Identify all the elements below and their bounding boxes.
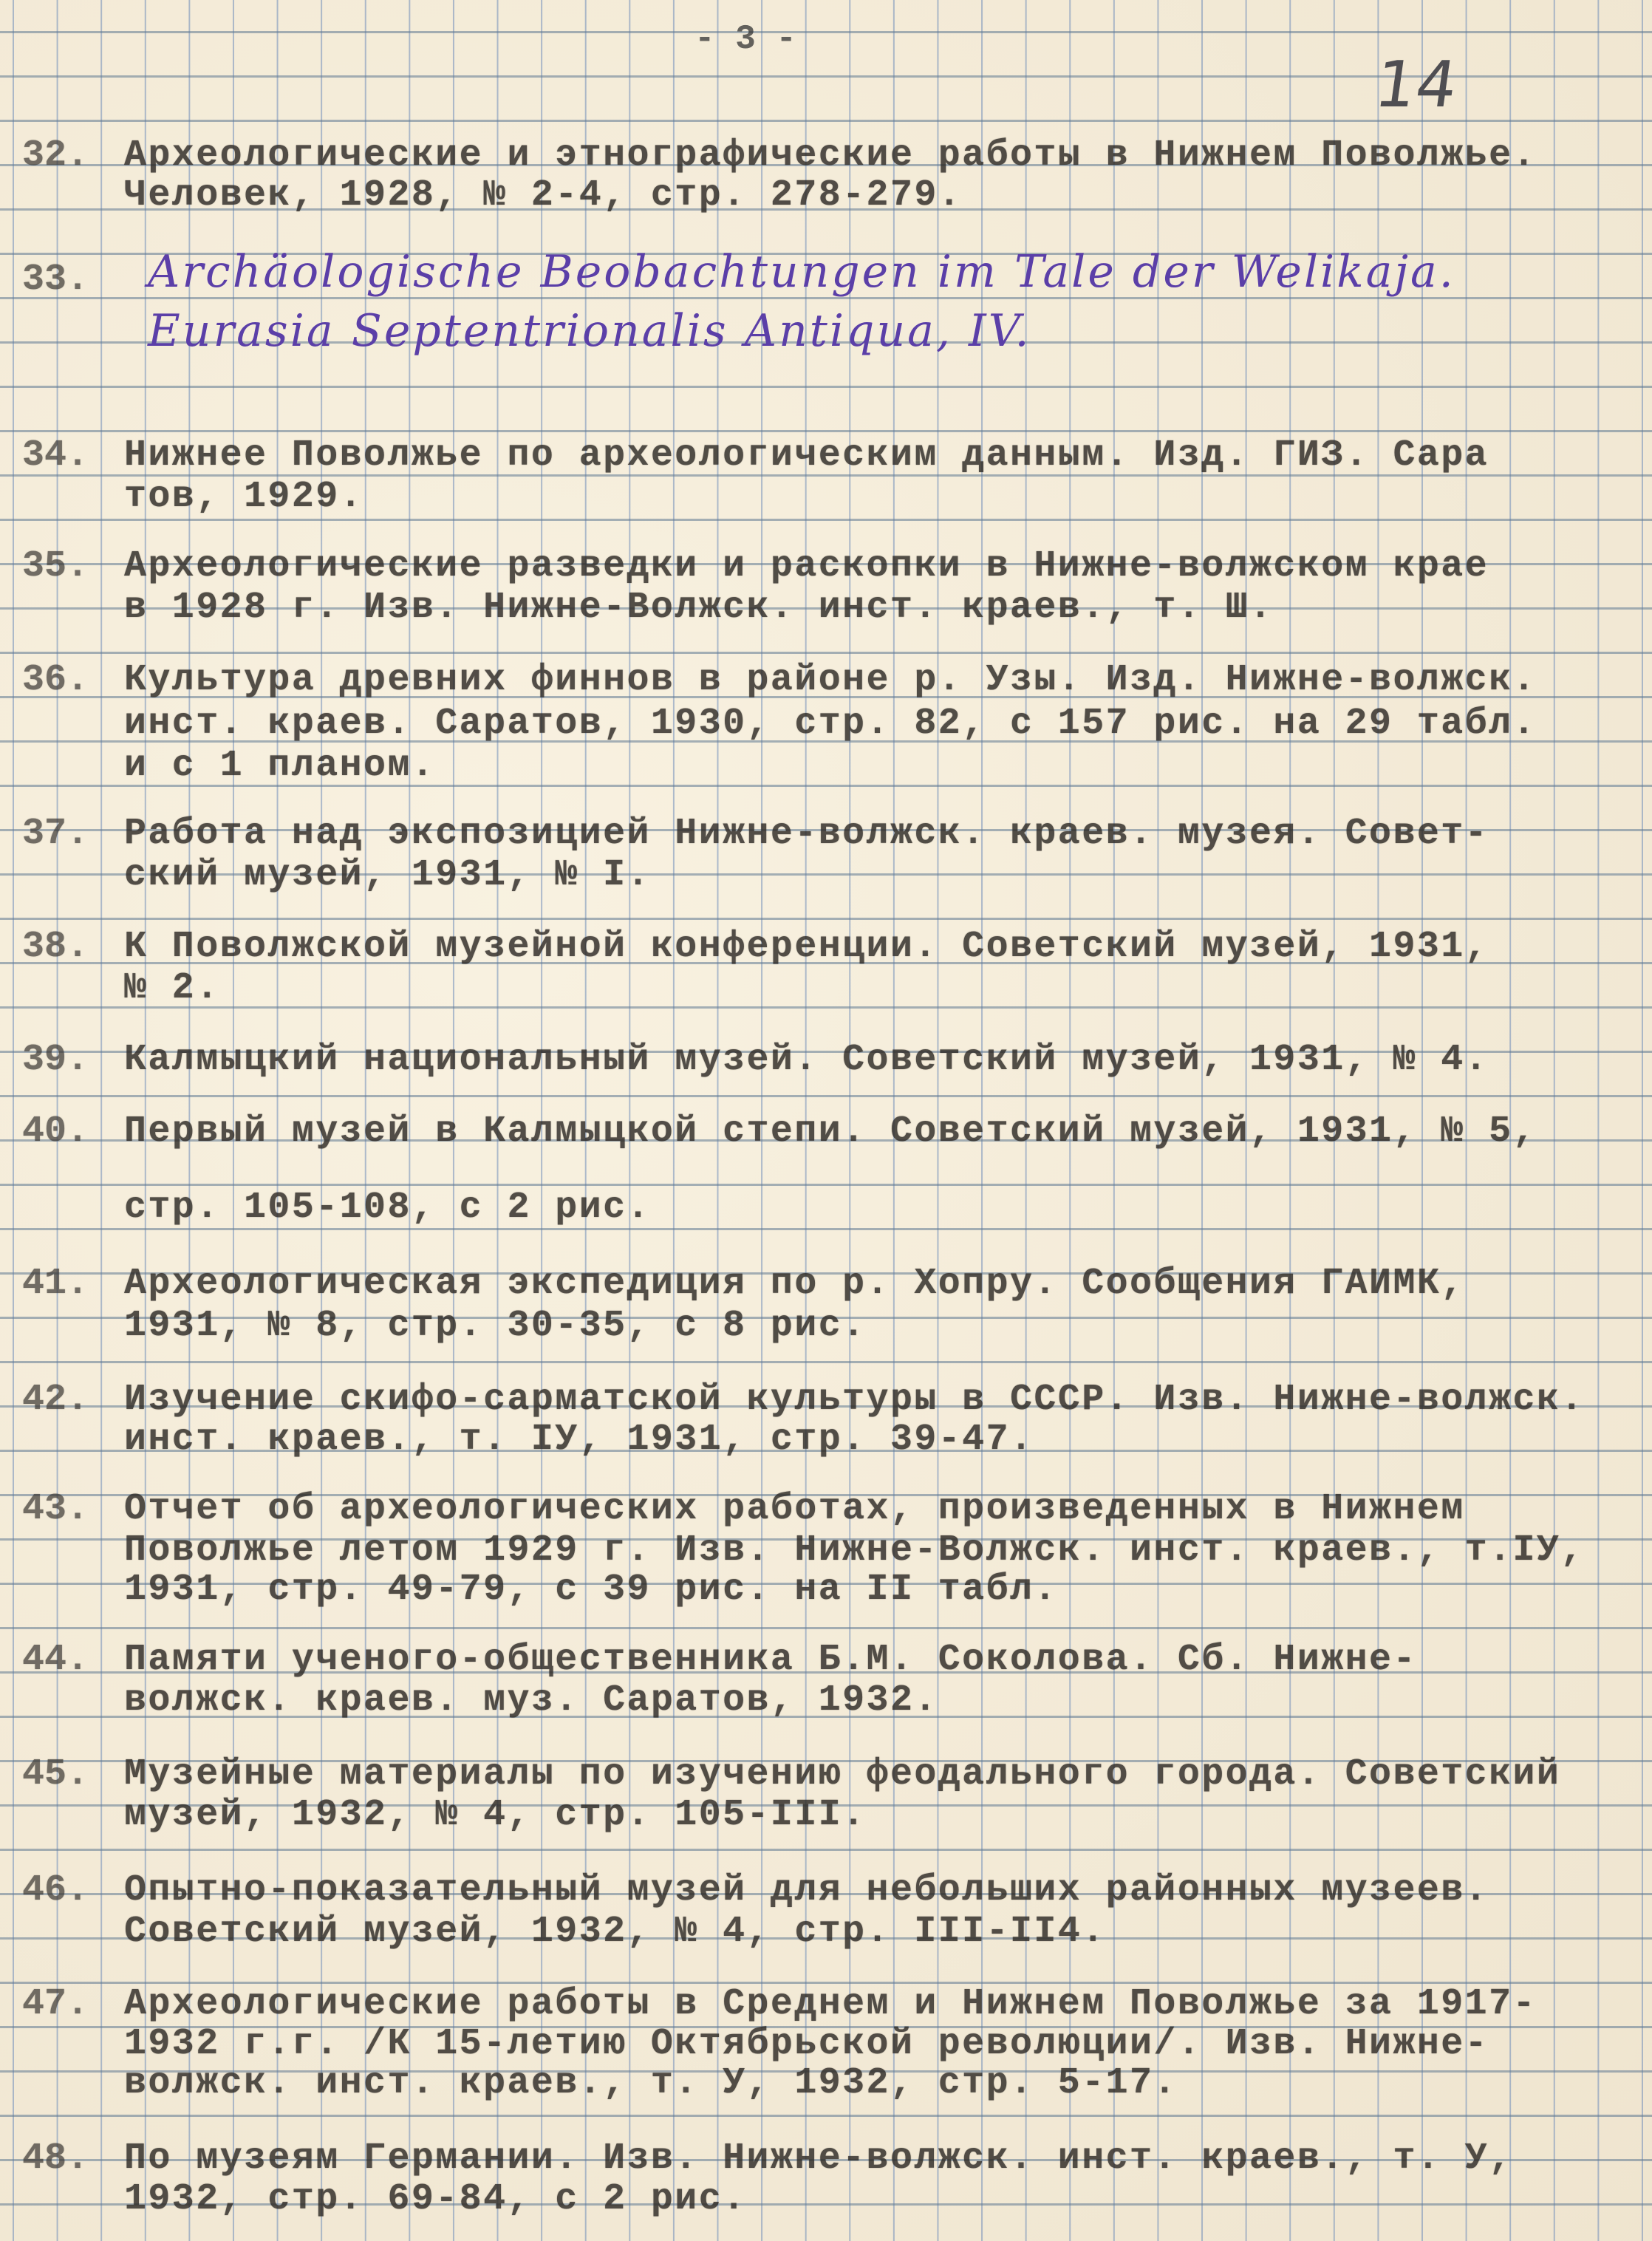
entry-number: 48. — [22, 2141, 89, 2177]
entry-line: волжск. краев. муз. Саратов, 1932. — [124, 1682, 938, 1719]
entry-line: Поволжье летом 1929 г. Изв. Нижне-Волжск… — [124, 1532, 1585, 1569]
entry-line: По музеям Германии. Изв. Нижне-волжск. и… — [124, 2141, 1512, 2177]
typed-page-number: - 3 - — [694, 22, 796, 56]
entry-number: 36. — [22, 662, 89, 699]
entry-number: 46. — [22, 1872, 89, 1909]
entry-line: 1932, стр. 69-84, с 2 рис. — [124, 2181, 747, 2218]
typed-bibliography-page: - 3 - 14 32. Археологические и этнографи… — [0, 0, 1652, 2241]
entry-line: в 1928 г. Изв. Нижне-Волжск. инст. краев… — [124, 590, 1273, 627]
entry-number: 37. — [22, 816, 89, 853]
entry-line: Калмыцкий национальный музей. Советский … — [124, 1042, 1489, 1079]
entry-number: 38. — [22, 929, 89, 966]
handwritten-line: Eurasia Septentrionalis Antiqua, IV. — [148, 309, 1031, 353]
entry-number: 43. — [22, 1491, 89, 1528]
entry-number: 42. — [22, 1382, 89, 1419]
entry-line: Археологические разведки и раскопки в Ни… — [124, 548, 1489, 585]
entry-line: музей, 1932, № 4, стр. 105-III. — [124, 1797, 867, 1834]
entry-line: Изучение скифо-сарматской культуры в ССС… — [124, 1382, 1585, 1419]
entry-number: 34. — [22, 437, 89, 474]
handwritten-folio-number: 14 — [1371, 53, 1461, 117]
entry-line: К Поволжской музейной конференции. Совет… — [124, 929, 1489, 966]
entry-line: 1932 г.г. /К 15-летию Октябрьской револю… — [124, 2026, 1489, 2063]
entry-line: Работа над экспозицией Нижне-волжск. кра… — [124, 816, 1489, 853]
entry-number: 32. — [22, 137, 89, 174]
entry-number: 33. — [22, 262, 89, 299]
entry-line: Памяти ученого-общественника Б.М. Соколо… — [124, 1642, 1417, 1679]
entry-line: тов, 1929. — [124, 479, 363, 516]
entry-number: 40. — [22, 1113, 89, 1150]
entry-number: 47. — [22, 1986, 89, 2023]
entry-line: Культура древних финнов в районе р. Узы.… — [124, 662, 1537, 699]
entry-line: стр. 105-108, с 2 рис. — [124, 1190, 651, 1227]
entry-line: 1931, стр. 49-79, с 39 рис. на II табл. — [124, 1572, 1058, 1609]
entry-line: Человек, 1928, № 2-4, стр. 278-279. — [124, 177, 962, 214]
entry-number: 45. — [22, 1756, 89, 1793]
entry-line: ский музей, 1931, № I. — [124, 857, 651, 894]
entry-line: Археологические работы в Среднем и Нижне… — [124, 1986, 1537, 2023]
entry-number: 41. — [22, 1266, 89, 1303]
entry-line: Нижнее Поволжье по археологическим данны… — [124, 437, 1489, 474]
entry-number: 39. — [22, 1042, 89, 1079]
handwritten-line: Archäologische Beobachtungen im Tale der… — [148, 250, 1455, 294]
entry-line: Археологическая экспедиция по р. Хопру. … — [124, 1266, 1465, 1303]
entry-line: 1931, № 8, стр. 30-35, с 8 рис. — [124, 1308, 867, 1345]
entry-line: Советский музей, 1932, № 4, стр. III-II4… — [124, 1914, 1106, 1951]
entry-line: волжск. инст. краев., т. У, 1932, стр. 5… — [124, 2065, 1178, 2102]
entry-number: 44. — [22, 1642, 89, 1679]
entry-line: Музейные материалы по изучению феодально… — [124, 1756, 1560, 1793]
entry-line: № 2. — [124, 970, 220, 1007]
entry-line: Отчет об археологических работах, произв… — [124, 1491, 1465, 1528]
entry-number: 35. — [22, 548, 89, 585]
entry-line: и с 1 планом. — [124, 748, 435, 785]
entry-line: Опытно-показательный музей для небольших… — [124, 1872, 1489, 1909]
entry-line: Археологические и этнографические работы… — [124, 137, 1537, 174]
entry-line: Первый музей в Калмыцкой степи. Советски… — [124, 1113, 1537, 1150]
entry-line: инст. краев., т. IУ, 1931, стр. 39-47. — [124, 1422, 1034, 1459]
entry-line: инст. краев. Саратов, 1930, стр. 82, с 1… — [124, 706, 1537, 743]
